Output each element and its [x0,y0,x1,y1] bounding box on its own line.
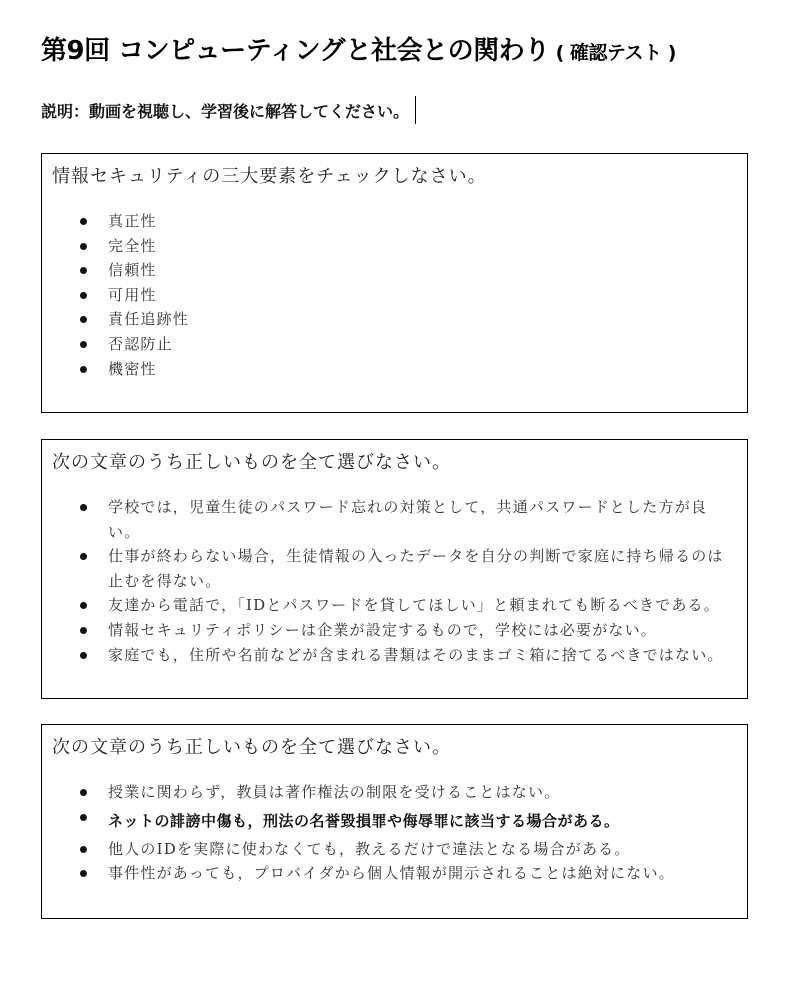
option-list-item[interactable]: 授業に関わらず，教員は著作権法の制限を受けることはない。 [42,780,747,805]
option-list-item[interactable]: 仕事が終わらない場合，生徒情報の入ったデータを自分の判断で家庭に持ち帰るのは止む… [42,544,747,593]
instructions-text: 説明：動画を視聴し、学習後に解答してください。 [41,99,409,122]
question-3-box: 次の文章のうち正しいものを全て選びなさい。 授業に関わらず，教員は著作権法の制限… [41,724,748,919]
question-3-options: 授業に関わらず，教員は著作権法の制限を受けることはない。 ネットの誹謗中傷も，刑… [42,780,747,886]
question-2-box: 次の文章のうち正しいものを全て選びなさい。 学校では，児童生徒のパスワード忘れの… [41,439,748,699]
option-reliability[interactable]: 信頼性 [42,258,747,283]
option-list-item[interactable]: 友達から電話で，「IDとパスワードを貸してほしい」と頼まれても断るべきである。 [42,593,747,618]
option-list-item[interactable]: 情報セキュリティポリシーは企業が設定するもので，学校には必要がない。 [42,618,747,643]
option-non-repudiation[interactable]: 否認防止 [42,332,747,357]
text-cursor [415,96,416,124]
question-1-box: 情報セキュリティの三大要素をチェックしなさい。 真正性 完全性 信頼性 可用性 … [41,153,748,413]
page-title-main: 第9回 コンピューティングと社会との関わり [41,36,550,66]
option-accountability[interactable]: 責任追跡性 [42,307,747,332]
question-2-prompt: 次の文章のうち正しいものを全て選びなさい。 [52,448,451,474]
option-confidentiality[interactable]: 機密性 [42,357,747,382]
page-title: 第9回 コンピューティングと社会との関わり( 確認テスト ) [41,30,676,67]
option-list-item[interactable]: 学校では，児童生徒のパスワード忘れの対策として，共通パスワードとした方が良い。 [42,495,747,544]
option-authenticity[interactable]: 真正性 [42,209,747,234]
option-list-item-selected[interactable]: ネットの誹謗中傷も，刑法の名誉毀損罪や侮辱罪に該当する場合がある。 [42,805,747,837]
option-availability[interactable]: 可用性 [42,283,747,308]
instructions: 説明：動画を視聴し、学習後に解答してください。 [41,96,416,124]
question-2-options: 学校では，児童生徒のパスワード忘れの対策として，共通パスワードとした方が良い。 … [42,495,747,667]
question-1-prompt: 情報セキュリティの三大要素をチェックしなさい。 [52,162,487,188]
option-list-item[interactable]: 家庭でも，住所や名前などが含まれる書類はそのままゴミ箱に捨てるべきではない。 [42,643,747,668]
option-list-item[interactable]: 事件性があっても，プロバイダから個人情報が開示されることは絶対にない。 [42,861,747,886]
option-integrity[interactable]: 完全性 [42,234,747,259]
option-list-item[interactable]: 他人のIDを実際に使わなくても，教えるだけで違法となる場合がある。 [42,837,747,862]
page-title-suffix: ( 確認テスト ) [556,42,676,64]
question-1-options: 真正性 完全性 信頼性 可用性 責任追跡性 否認防止 機密性 [42,209,747,381]
question-3-prompt: 次の文章のうち正しいものを全て選びなさい。 [52,733,451,759]
